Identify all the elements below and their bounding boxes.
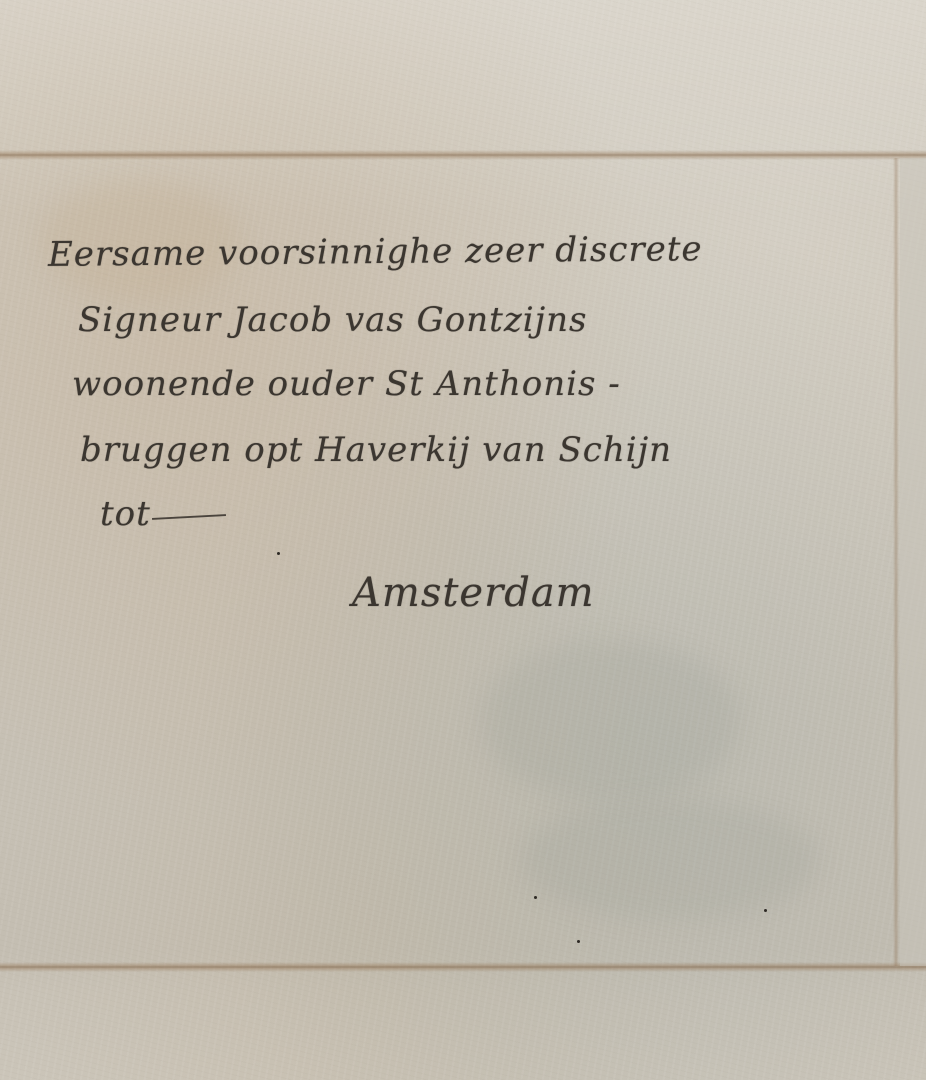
bleed-through-stain [520, 800, 820, 920]
address-line-5: tot [100, 494, 151, 534]
bleed-through-stain [480, 640, 740, 800]
ink-speck [764, 909, 767, 912]
fold-line-bottom [0, 962, 926, 972]
fold-line-right [893, 158, 899, 966]
address-line-2: Signeur Jacob vas Gontzijns [78, 300, 588, 340]
fold-line-top [0, 150, 926, 160]
paper-texture [0, 0, 926, 1080]
ink-speck [277, 552, 280, 555]
address-city: Amsterdam [352, 570, 595, 616]
page-edge-right [900, 158, 926, 966]
address-line-3: woonende ouder St Anthonis - [72, 364, 621, 404]
ink-speck [534, 896, 537, 899]
address-line-1: Eersame voorsinnighe zeer discrete [48, 229, 703, 275]
address-line-4: bruggen opt Haverkij van Schijn [80, 430, 672, 470]
ink-speck [577, 940, 580, 943]
